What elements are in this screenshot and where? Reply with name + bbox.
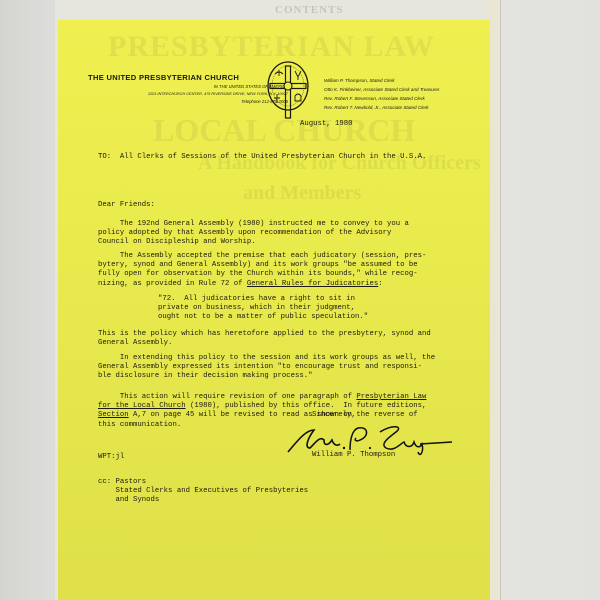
paragraph-5-prefix: This action will require revision of one…: [98, 393, 356, 401]
closing: Sincerely,: [312, 411, 356, 420]
church-seal-icon: [266, 60, 310, 120]
cc-item: and Synods: [116, 496, 160, 504]
officers-list: William P. Thompson, Stated Clerk Otto K…: [324, 76, 439, 112]
rule-72-quote: "72. All judicatories have a right to si…: [158, 295, 368, 323]
greeting: Dear Friends:: [98, 201, 155, 210]
cc-item: Pastors: [116, 478, 147, 486]
paragraph-1: The 192nd General Assembly (1980) instru…: [98, 220, 409, 248]
officer: Rev. Robert F. Stevenson, Associate Stat…: [324, 94, 439, 103]
paragraph-2-line: The Assembly accepted the premise that e…: [98, 252, 426, 260]
letter-sheet: PRESBYTERIAN LAW LOCAL CHURCH A Handbook…: [58, 20, 490, 600]
rules-title: General Rules for Judicatories: [247, 280, 378, 288]
to-label: TO:: [98, 153, 111, 161]
carbon-copy-list: cc: Pastors Stated Clerks and Executives…: [98, 478, 308, 506]
officer: Otto K. Finkbeiner, Associate Stated Cle…: [324, 85, 439, 94]
cc-item: Stated Clerks and Executives of Presbyte…: [116, 487, 309, 495]
book-contents-heading: CONTENTS: [275, 4, 344, 16]
paragraph-2: The Assembly accepted the premise that e…: [98, 252, 426, 289]
paragraph-2-suffix: :: [378, 280, 382, 288]
book-title-line-2: for the Local Church: [98, 402, 186, 410]
organization-address: 1201 INTERCHURCH CENTER, 475 RIVERSIDE D…: [88, 92, 288, 96]
paragraph-4: In extending this policy to the session …: [98, 354, 435, 382]
paragraph-3: This is the policy which has heretofore …: [98, 330, 431, 348]
paragraph-2-line: bytery, synod and General Assembly) and …: [98, 261, 418, 269]
book-title-line-1: Presbyterian Law: [356, 393, 426, 401]
section-ref: Section: [98, 411, 129, 419]
paragraph-2-prefix: nizing, as provided in Rule 72 of: [98, 280, 247, 288]
book-page-right: [500, 0, 600, 600]
recipient-line: TO: All Clerks of Sessions of the United…: [98, 153, 426, 162]
to-text: All Clerks of Sessions of the United Pre…: [120, 153, 427, 161]
signer-name: William P. Thompson: [312, 451, 395, 460]
organization-name: THE UNITED PRESBYTERIAN CHURCH: [88, 73, 288, 82]
letter-date: August, 1980: [300, 120, 353, 129]
typist-initials: WPT:jl: [98, 453, 124, 462]
letterhead-organization-block: THE UNITED PRESBYTERIAN CHURCH IN THE UN…: [88, 73, 288, 104]
bleed-through-title-4: and Members: [243, 182, 361, 205]
officer: William P. Thompson, Stated Clerk: [324, 76, 439, 85]
table-surface: [0, 0, 58, 600]
officer: Rev. Robert T. Newbold, Jr., Associate S…: [324, 103, 439, 112]
paragraph-2-line: fully open for observation by the Church…: [98, 270, 418, 278]
cc-label: cc:: [98, 478, 111, 486]
organization-subtitle: IN THE UNITED STATES OF AMERICA: [88, 84, 288, 89]
organization-telephone: Telephone 212-870-2005: [88, 99, 288, 104]
paragraph-5-middle: (1980), published by this office. In fut…: [186, 402, 427, 410]
bleed-through-title-1: PRESBYTERIAN LAW: [108, 30, 435, 64]
